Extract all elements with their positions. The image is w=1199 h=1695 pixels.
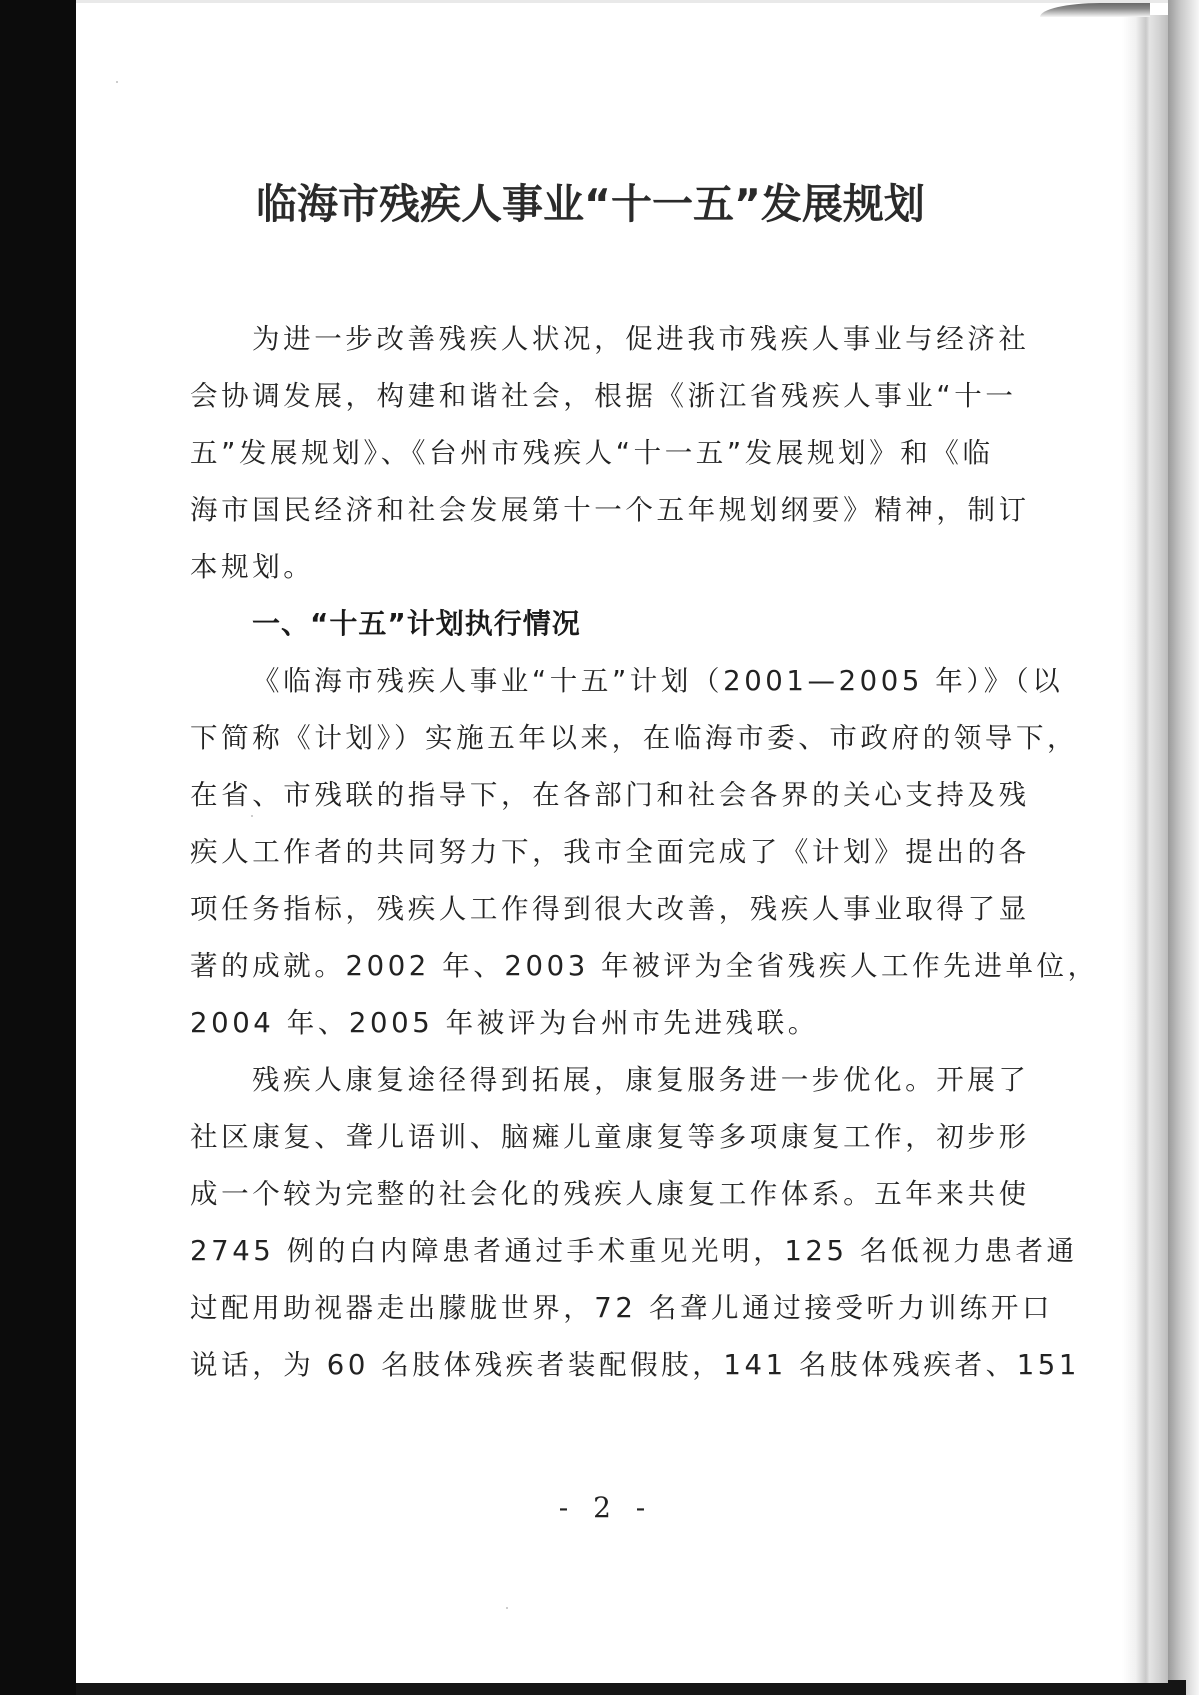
paragraph-line: 成一个较为完整的社会化的残疾人康复工作体系。五年来共使 [190,1174,1020,1214]
paragraph-line: 说话，为 60 名肢体残疾者装配假肢，141 名肢体残疾者、151 [190,1345,1020,1385]
paragraph-line: 项任务指标，残疾人工作得到很大改善，残疾人事业取得了显 [190,889,1020,929]
paragraph-line: 2745 例的白内障患者通过手术重见光明，125 名低视力患者通 [190,1231,1020,1271]
scan-speck [116,81,118,83]
paragraph-line: 残疾人康复途径得到拓展，康复服务进一步优化。开展了 [252,1060,1082,1100]
section-heading: 一、“十五”计划执行情况 [252,604,581,644]
paragraph-line: 社区康复、聋儿语训、脑瘫儿童康复等多项康复工作，初步形 [190,1117,1020,1157]
document-title: 临海市残疾人事业“十一五”发展规划 [256,171,1096,230]
paragraph-line: 下简称《计划》）实施五年以来，在临海市委、市政府的领导下， [190,718,1020,758]
document-page: 临海市残疾人事业“十一五”发展规划 为进一步改善残疾人状况，促进我市残疾人事业与… [76,3,1168,1683]
paragraph-line: 著的成就。2002 年、2003 年被评为全省残疾人工作先进单位， [190,946,1020,986]
scan-speck [251,815,253,817]
page-number: - 2 - [506,1491,706,1524]
intro-line: 本规划。 [190,547,1020,587]
scan-speck [506,1607,508,1609]
paragraph-line: 过配用助视器走出朦胧世界，72 名聋儿通过接受听力训练开口 [190,1288,1020,1328]
intro-line: 为进一步改善残疾人状况，促进我市残疾人事业与经济社 [252,319,1082,359]
paragraph-line: 2004 年、2005 年被评为台州市先进残联。 [190,1003,1020,1043]
intro-line: 海市国民经济和社会发展第十一个五年规划纲要》精神，制订 [190,490,1020,530]
scanned-document-frame: 临海市残疾人事业“十一五”发展规划 为进一步改善残疾人状况，促进我市残疾人事业与… [0,0,1199,1695]
page-content: 临海市残疾人事业“十一五”发展规划 为进一步改善残疾人状况，促进我市残疾人事业与… [76,3,1168,1683]
intro-line: 会协调发展，构建和谐社会，根据《浙江省残疾人事业“十一 [190,376,1020,416]
paragraph-line: 在省、市残联的指导下，在各部门和社会各界的关心支持及残 [190,775,1020,815]
scan-right-edge [1168,0,1199,1695]
intro-line: 五”发展规划》、《台州市残疾人“十一五”发展规划》和《临 [190,433,1020,473]
paragraph-line: 《临海市残疾人事业“十五”计划（2001—2005 年）》（以 [252,661,1082,701]
paragraph-line: 疾人工作者的共同努力下，我市全面完成了《计划》提出的各 [190,832,1020,872]
